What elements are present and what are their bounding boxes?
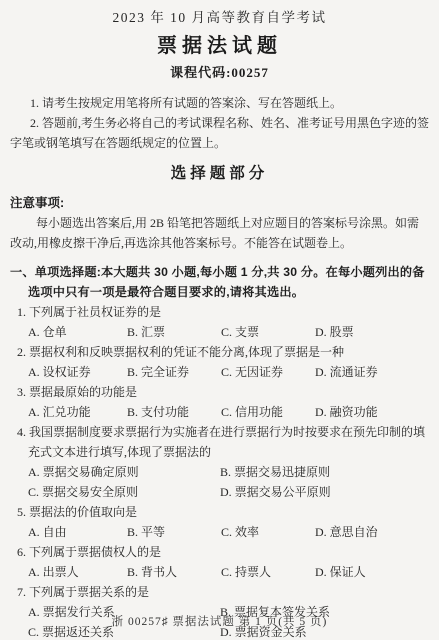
question-2-options: A. 设权证券 B. 完全证券 C. 无因证券 D. 流通证券: [10, 362, 429, 382]
option-d: D. 票据交易公平原则: [220, 482, 331, 502]
instruction-1: 1. 请考生按规定用笔将所有试题的答案涂、写在答题纸上。: [10, 93, 429, 113]
option-b: B. 平等: [127, 522, 221, 542]
question-6-text: 6. 下列属于票据债权人的是: [10, 542, 429, 562]
notes-title: 注意事项:: [10, 193, 429, 213]
part-one-heading: 一、单项选择题:本大题共 30 小题,每小题 1 分,共 30 分。在每小题列出…: [10, 262, 429, 302]
option-d: D. 股票: [315, 322, 429, 342]
option-c: C. 持票人: [221, 562, 315, 582]
option-a: A. 票据交易确定原则: [28, 462, 220, 482]
question-1-options: A. 仓单 B. 汇票 C. 支票 D. 股票: [10, 322, 429, 342]
option-c: C. 效率: [221, 522, 315, 542]
exam-paper-page: 2023 年 10 月高等教育自学考试 票据法试题 课程代码:00257 1. …: [0, 0, 439, 640]
question-4-text: 4. 我国票据制度要求票据行为实施者在进行票据行为时按要求在预先印制的填充式文本…: [10, 422, 429, 462]
option-d: D. 保证人: [315, 562, 429, 582]
option-b: B. 票据交易迅捷原则: [220, 462, 330, 482]
course-code: 课程代码:00257: [10, 63, 429, 82]
question-2-text: 2. 票据权利和反映票据权利的凭证不能分离,体现了票据是一种: [10, 342, 429, 362]
option-a: A. 汇兑功能: [28, 402, 127, 422]
option-c: C. 无因证券: [221, 362, 315, 382]
option-a: A. 仓单: [28, 322, 127, 342]
instruction-2: 2. 答题前,考生务必将自己的考试课程名称、姓名、准考证号用黑色字迹的签字笔或钢…: [10, 113, 429, 153]
option-c: C. 支票: [221, 322, 315, 342]
section-header: 选择题部分: [10, 162, 429, 186]
option-b: B. 支付功能: [127, 402, 221, 422]
option-a: A. 自由: [28, 522, 127, 542]
option-b: B. 背书人: [127, 562, 221, 582]
option-b: B. 汇票: [127, 322, 221, 342]
option-d: D. 融资功能: [315, 402, 429, 422]
question-4-options: A. 票据交易确定原则 B. 票据交易迅捷原则 C. 票据交易安全原则 D. 票…: [10, 462, 429, 502]
option-d: D. 意思自治: [315, 522, 429, 542]
question-5-text: 5. 票据法的价值取向是: [10, 502, 429, 522]
question-3-text: 3. 票据最原始的功能是: [10, 382, 429, 402]
notes-body: 每小题选出答案后,用 2B 铅笔把答题纸上对应题目的答案标号涂黑。如需改动,用橡…: [10, 213, 429, 253]
question-6-options: A. 出票人 B. 背书人 C. 持票人 D. 保证人: [10, 562, 429, 582]
question-5-options: A. 自由 B. 平等 C. 效率 D. 意思自治: [10, 522, 429, 542]
option-b: B. 完全证券: [127, 362, 221, 382]
option-c: C. 票据交易安全原则: [28, 482, 220, 502]
paper-title: 票据法试题: [10, 32, 429, 60]
question-7-text: 7. 下列属于票据关系的是: [10, 582, 429, 602]
option-c: C. 信用功能: [221, 402, 315, 422]
exam-session-title: 2023 年 10 月高等教育自学考试: [10, 8, 429, 28]
option-a: A. 出票人: [28, 562, 127, 582]
question-1-text: 1. 下列属于社员权证券的是: [10, 302, 429, 322]
page-footer: 浙 00257♯ 票据法试题 第 1 页(共 5 页): [0, 613, 439, 629]
option-d: D. 流通证券: [315, 362, 429, 382]
option-a: A. 设权证券: [28, 362, 127, 382]
question-3-options: A. 汇兑功能 B. 支付功能 C. 信用功能 D. 融资功能: [10, 402, 429, 422]
